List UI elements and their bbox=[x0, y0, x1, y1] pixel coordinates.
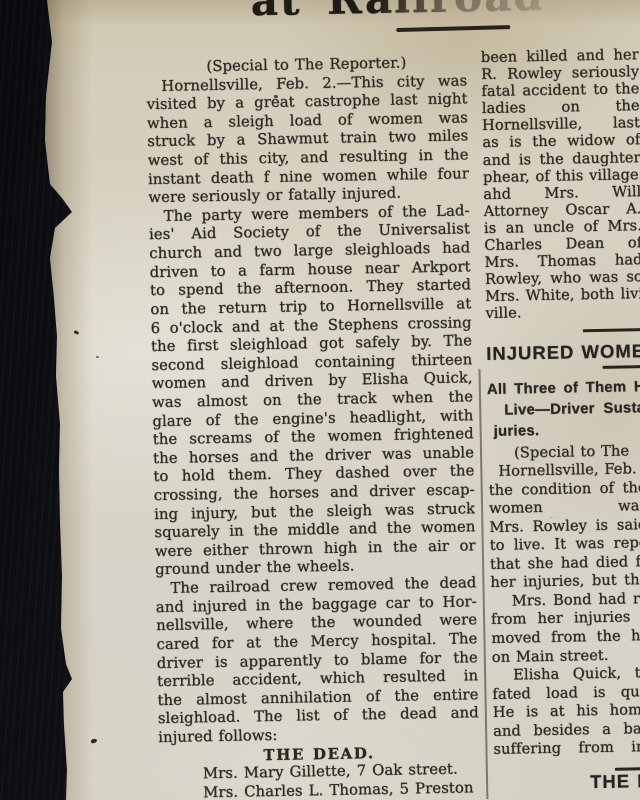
section-rule bbox=[583, 328, 640, 332]
deck-line: All Three of Them H bbox=[487, 379, 640, 403]
headline-the-pa: THE PA bbox=[494, 770, 640, 794]
deck-line: juries. bbox=[488, 421, 640, 445]
headline-injured-women: INJURED WOMEN bbox=[486, 340, 640, 364]
text-line: ville. bbox=[485, 303, 640, 323]
headline-fragment: at Railroad bbox=[250, 0, 545, 25]
left-article-column: (Special to The Reporter.)Hornellsville,… bbox=[146, 53, 481, 800]
deck-line: Live—Driver Susta bbox=[487, 400, 640, 424]
printed-content: at Railroad (Special to The Reporter.)Ho… bbox=[0, 0, 640, 800]
text-line: Mrs. White, both livi bbox=[485, 285, 640, 305]
section-rule bbox=[602, 365, 640, 369]
right-article-column: been killed and her dauR. Rowley serious… bbox=[481, 46, 640, 794]
newspaper-page: at Railroad (Special to The Reporter.)Ho… bbox=[0, 0, 640, 800]
text-line: suffering from int bbox=[493, 738, 640, 759]
column-divider-rule bbox=[479, 369, 488, 799]
headline-rule bbox=[396, 25, 510, 31]
newspaper-photo: at Railroad (Special to The Reporter.)Ho… bbox=[0, 0, 640, 800]
